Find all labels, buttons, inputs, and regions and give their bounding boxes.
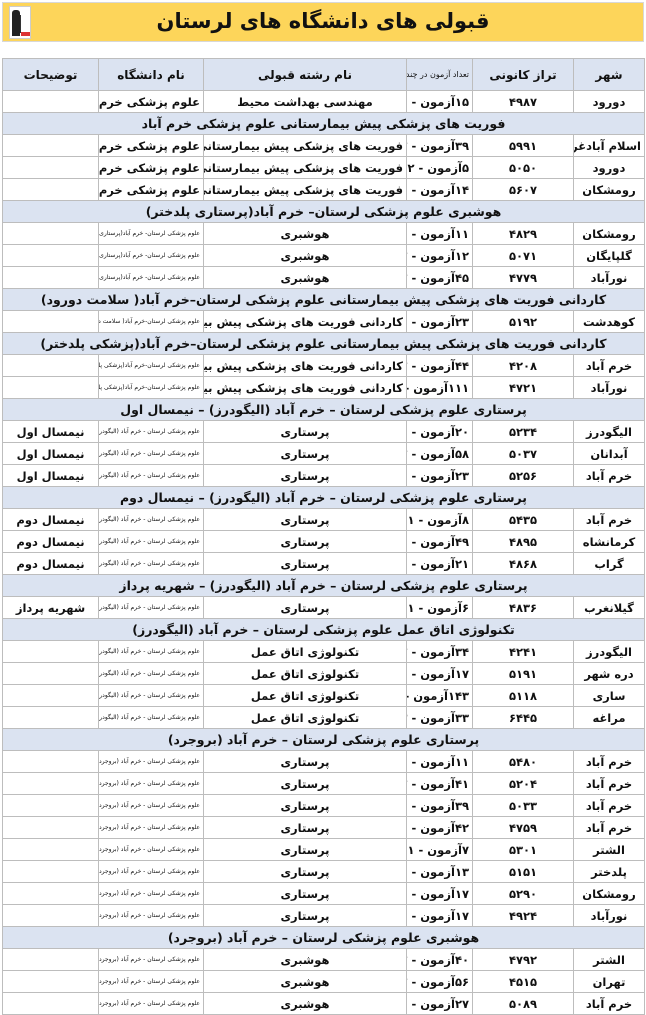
table-row: رومشکان۵۶۰۷۱۴آزمون - ۱ سالفوریت های پزشک… bbox=[3, 179, 645, 201]
table-row: پلدختر۵۱۵۱۱۳آزمون - ۱ سالپرستاریعلوم پزش… bbox=[3, 861, 645, 883]
score-cell: ۵۰۵۰ bbox=[473, 157, 574, 179]
major-cell: پرستاری bbox=[204, 509, 407, 531]
exams-cell: ۱۱۱آزمون - ۳ سال bbox=[407, 377, 473, 399]
header-major: نام رشته قبولی bbox=[204, 59, 407, 91]
table-row: خرم آباد۵۴۳۵۸آزمون - ۱ سالپرستاریعلوم پز… bbox=[3, 509, 645, 531]
exams-cell: ۲۱آزمون - ۱ سال bbox=[407, 553, 473, 575]
score-cell: ۴۲۴۱ bbox=[473, 641, 574, 663]
city-cell: رومشکان bbox=[574, 179, 645, 201]
city-cell: الشتر bbox=[574, 949, 645, 971]
notes-cell bbox=[3, 817, 99, 839]
major-cell: تکنولوژی اتاق عمل bbox=[204, 707, 407, 729]
notes-cell: شهریه پرداز bbox=[3, 597, 99, 619]
table-row: رومشکان۴۸۲۹۱۱آزمون - ۱ سالهوشبریعلوم پزش… bbox=[3, 223, 645, 245]
university-cell: علوم پزشکی لرستان-خرم آباد( سلامت دورود) bbox=[99, 311, 204, 333]
major-cell: هوشبری bbox=[204, 971, 407, 993]
notes-cell bbox=[3, 355, 99, 377]
major-cell: هوشبری bbox=[204, 245, 407, 267]
notes-cell bbox=[3, 245, 99, 267]
university-cell: علوم پزشکی خرم آباد bbox=[99, 179, 204, 201]
notes-cell bbox=[3, 311, 99, 333]
header-score: تراز کانونی bbox=[473, 59, 574, 91]
table-row: دورود۵۰۵۰۵آزمون - ۲ سالفوریت های پزشکی پ… bbox=[3, 157, 645, 179]
city-cell: خرم آباد bbox=[574, 509, 645, 531]
score-cell: ۶۴۴۵ bbox=[473, 707, 574, 729]
city-cell: الیگودرز bbox=[574, 641, 645, 663]
section-title: هوشبری علوم پزشکی لرستان– خرم آباد(پرستا… bbox=[3, 201, 645, 223]
score-cell: ۵۰۳۳ bbox=[473, 795, 574, 817]
exams-cell: ۱۵آزمون - ۱ سال bbox=[407, 91, 473, 113]
table-row: خرم آباد۵۲۰۴۴۱آزمون - ۲ سالپرستاریعلوم پ… bbox=[3, 773, 645, 795]
score-cell: ۵۰۷۱ bbox=[473, 245, 574, 267]
major-cell: پرستاری bbox=[204, 861, 407, 883]
exams-cell: ۱۳آزمون - ۱ سال bbox=[407, 861, 473, 883]
header-notes: توضیحات bbox=[3, 59, 99, 91]
header-city: شهر bbox=[574, 59, 645, 91]
major-cell: هوشبری bbox=[204, 223, 407, 245]
exams-cell: ۱۷آزمون - ۱ سال bbox=[407, 905, 473, 927]
table-row: کرمانشاه۴۸۹۵۴۹آزمون - ۱ سالپرستاریعلوم پ… bbox=[3, 531, 645, 553]
major-cell: کاردانی فوریت های پزشکی پیش بیمارستانی bbox=[204, 311, 407, 333]
major-cell: پرستاری bbox=[204, 883, 407, 905]
notes-cell bbox=[3, 861, 99, 883]
section-title: هوشبری علوم پزشکی لرستان – خرم آباد (برو… bbox=[3, 927, 645, 949]
section-header-row: پرستاری علوم پزشکی لرستان – خرم آباد (ال… bbox=[3, 575, 645, 597]
score-cell: ۴۲۰۸ bbox=[473, 355, 574, 377]
city-cell: دره شهر bbox=[574, 663, 645, 685]
notes-cell: نیمسال دوم bbox=[3, 531, 99, 553]
table-row: کوهدشت۵۱۹۲۲۳آزمون - ۱ سالکاردانی فوریت ه… bbox=[3, 311, 645, 333]
notes-cell bbox=[3, 773, 99, 795]
exams-cell: ۴۰آزمون - ۲ سال bbox=[407, 949, 473, 971]
major-cell: فوریت های پزشکی پیش بیمارستانی bbox=[204, 157, 407, 179]
city-cell: گلپایگان bbox=[574, 245, 645, 267]
table-row: الشتر۴۷۹۲۴۰آزمون - ۲ سالهوشبریعلوم پزشکی… bbox=[3, 949, 645, 971]
university-cell: علوم پزشکی لرستان-خرم آباد(پزشکی پلدختر) bbox=[99, 355, 204, 377]
section-header-row: فوریت های پزشکی پیش بیمارستانی علوم پزشک… bbox=[3, 113, 645, 135]
table-header-row: شهر تراز کانونی تعداد آزمون در چند سال ن… bbox=[3, 59, 645, 91]
score-cell: ۵۴۳۵ bbox=[473, 509, 574, 531]
major-cell: پرستاری bbox=[204, 905, 407, 927]
exams-cell: ۷آزمون - ۱ سال bbox=[407, 839, 473, 861]
university-cell: علوم پزشکی لرستان - خرم آباد (بروجرد) bbox=[99, 949, 204, 971]
score-cell: ۴۸۹۵ bbox=[473, 531, 574, 553]
university-cell: علوم پزشکی لرستان - خرم آباد (بروجرد) bbox=[99, 993, 204, 999]
city-cell: خرم آباد bbox=[574, 993, 645, 999]
table-row: نورآباد۴۷۷۹۴۵آزمون - ۲ سالهوشبریعلوم پزش… bbox=[3, 267, 645, 289]
score-cell: ۵۳۰۱ bbox=[473, 839, 574, 861]
city-cell: ساری bbox=[574, 685, 645, 707]
exams-cell: ۴۲آزمون - ۴ سال bbox=[407, 817, 473, 839]
notes-cell bbox=[3, 157, 99, 179]
notes-cell bbox=[3, 707, 99, 729]
major-cell: پرستاری bbox=[204, 839, 407, 861]
notes-cell: نیمسال دوم bbox=[3, 553, 99, 575]
exams-cell: ۴۹آزمون - ۱ سال bbox=[407, 531, 473, 553]
city-cell: دورود bbox=[574, 157, 645, 179]
city-cell: پلدختر bbox=[574, 861, 645, 883]
major-cell: هوشبری bbox=[204, 949, 407, 971]
notes-cell: نیمسال دوم bbox=[3, 509, 99, 531]
university-cell: علوم پزشکی لرستان - خرم آباد (بروجرد) bbox=[99, 839, 204, 861]
city-cell: مراغه bbox=[574, 707, 645, 729]
score-cell: ۵۱۵۱ bbox=[473, 861, 574, 883]
university-cell: علوم پزشکی لرستان - خرم آباد (بروجرد) bbox=[99, 905, 204, 927]
exams-cell: ۳۹آزمون - ۱ سال bbox=[407, 795, 473, 817]
city-cell: خرم آباد bbox=[574, 355, 645, 377]
major-cell: فوریت های پزشکی پیش بیمارستانی bbox=[204, 135, 407, 157]
score-cell: ۴۷۲۱ bbox=[473, 377, 574, 399]
score-cell: ۴۹۲۴ bbox=[473, 905, 574, 927]
city-cell: تهران bbox=[574, 971, 645, 993]
major-cell: پرستاری bbox=[204, 465, 407, 487]
section-title: فوریت های پزشکی پیش بیمارستانی علوم پزشک… bbox=[3, 113, 645, 135]
table-row: تهران۴۵۱۵۵۶آزمون - ۲ سالهوشبریعلوم پزشکی… bbox=[3, 971, 645, 993]
table-row: الیگودرز۵۲۳۴۲۰آزمون - ۱ سالپرستاریعلوم پ… bbox=[3, 421, 645, 443]
city-cell: نورآباد bbox=[574, 905, 645, 927]
university-cell: علوم پزشکی لرستان - خرم آباد (الیگودرز) bbox=[99, 707, 204, 729]
notes-cell bbox=[3, 663, 99, 685]
notes-cell bbox=[3, 91, 99, 113]
table-row: خرم آباد۵۰۸۹۲۷آزمون - ۱ سالهوشبریعلوم پز… bbox=[3, 993, 645, 999]
city-cell: آبدانان bbox=[574, 443, 645, 465]
score-cell: ۴۸۳۶ bbox=[473, 597, 574, 619]
major-cell: هوشبری bbox=[204, 993, 407, 999]
table-row: مراغه۶۴۴۵۳۳آزمون - ۳ سالتکنولوژی اتاق عم… bbox=[3, 707, 645, 729]
section-header-row: پرستاری علوم پزشکی لرستان – خرم آباد (ال… bbox=[3, 487, 645, 509]
table-row: خرم آباد۵۴۸۰۱۱آزمون - ۱ سالپرستاریعلوم پ… bbox=[3, 751, 645, 773]
city-cell: خرم آباد bbox=[574, 751, 645, 773]
university-cell: علوم پزشکی لرستان-خرم آباد(پزشکی پلدختر) bbox=[99, 377, 204, 399]
table-row: خرم آباد۴۲۰۸۴۴آزمون - ۲ سالکاردانی فوریت… bbox=[3, 355, 645, 377]
university-cell: علوم پزشکی لرستان - خرم آباد (بروجرد) bbox=[99, 795, 204, 817]
major-cell: پرستاری bbox=[204, 553, 407, 575]
exams-cell: ۱۲آزمون - ۲ سال bbox=[407, 245, 473, 267]
exams-cell: ۵۸آزمون - ۲ سال bbox=[407, 443, 473, 465]
score-cell: ۵۲۵۶ bbox=[473, 465, 574, 487]
notes-cell bbox=[3, 751, 99, 773]
city-cell: نورآباد bbox=[574, 377, 645, 399]
table-row: اسلام آبادغرب۵۹۹۱۳۹آزمون - ۲ سالفوریت ها… bbox=[3, 135, 645, 157]
university-cell: علوم پزشکی لرستان - خرم آباد (الیگودرز) bbox=[99, 553, 204, 575]
city-cell: کوهدشت bbox=[574, 311, 645, 333]
table-row: خرم آباد۵۲۵۶۲۳آزمون - ۱ سالپرستاریعلوم پ… bbox=[3, 465, 645, 487]
city-cell: گراب bbox=[574, 553, 645, 575]
notes-cell: نیمسال اول bbox=[3, 465, 99, 487]
city-cell: اسلام آبادغرب bbox=[574, 135, 645, 157]
university-cell: علوم پزشکی لرستان - خرم آباد (بروجرد) bbox=[99, 751, 204, 773]
exams-cell: ۲۰آزمون - ۱ سال bbox=[407, 421, 473, 443]
section-header-row: کاردانی فوریت های پزشکی پیش بیمارستانی ع… bbox=[3, 289, 645, 311]
university-cell: علوم پزشکی لرستان - خرم آباد (بروجرد) bbox=[99, 971, 204, 993]
notes-cell bbox=[3, 993, 99, 999]
score-cell: ۵۲۳۴ bbox=[473, 421, 574, 443]
major-cell: پرستاری bbox=[204, 421, 407, 443]
university-cell: علوم پزشکی لرستان - خرم آباد (الیگودرز) bbox=[99, 421, 204, 443]
score-cell: ۴۵۱۵ bbox=[473, 971, 574, 993]
notes-cell bbox=[3, 179, 99, 201]
city-cell: خرم آباد bbox=[574, 795, 645, 817]
exams-cell: ۴۱آزمون - ۲ سال bbox=[407, 773, 473, 795]
city-cell: گیلانغرب bbox=[574, 597, 645, 619]
score-cell: ۵۲۹۰ bbox=[473, 883, 574, 905]
score-cell: ۵۶۰۷ bbox=[473, 179, 574, 201]
university-cell: علوم پزشکی لرستان- خرم آباد(پرستاری پلدخ… bbox=[99, 223, 204, 245]
table-row: خرم آباد۵۰۳۳۳۹آزمون - ۱ سالپرستاریعلوم پ… bbox=[3, 795, 645, 817]
table-row: خرم آباد۴۷۵۹۴۲آزمون - ۴ سالپرستاریعلوم پ… bbox=[3, 817, 645, 839]
table-row: رومشکان۵۲۹۰۱۷آزمون - ۱ سالپرستاریعلوم پز… bbox=[3, 883, 645, 905]
university-cell: علوم پزشکی لرستان - خرم آباد (الیگودرز) bbox=[99, 531, 204, 553]
university-cell: علوم پزشکی لرستان - خرم آباد (الیگودرز) bbox=[99, 663, 204, 685]
university-cell: علوم پزشکی خرم آباد bbox=[99, 135, 204, 157]
major-cell: پرستاری bbox=[204, 597, 407, 619]
section-header-row: کاردانی فوریت های پزشکی پیش بیمارستانی ع… bbox=[3, 333, 645, 355]
major-cell: پرستاری bbox=[204, 751, 407, 773]
university-cell: علوم پزشکی لرستان - خرم آباد (بروجرد) bbox=[99, 883, 204, 905]
exams-cell: ۱۷آزمون - ۱ سال bbox=[407, 663, 473, 685]
section-title: پرستاری علوم پزشکی لرستان – خرم آباد (ال… bbox=[3, 575, 645, 597]
score-cell: ۵۱۱۸ bbox=[473, 685, 574, 707]
page-title: قبولی های دانشگاه های لرستان bbox=[3, 9, 643, 33]
section-header-row: هوشبری علوم پزشکی لرستان– خرم آباد(پرستا… bbox=[3, 201, 645, 223]
exams-cell: ۱۴۳آزمون - ۸ سال bbox=[407, 685, 473, 707]
exams-cell: ۱۱آزمون - ۱ سال bbox=[407, 223, 473, 245]
major-cell: تکنولوژی اتاق عمل bbox=[204, 685, 407, 707]
section-header-row: هوشبری علوم پزشکی لرستان – خرم آباد (برو… bbox=[3, 927, 645, 949]
university-cell: علوم پزشکی لرستان - خرم آباد (الیگودرز) bbox=[99, 641, 204, 663]
section-title: کاردانی فوریت های پزشکی پیش بیمارستانی ع… bbox=[3, 333, 645, 355]
header-university: نام دانشگاه bbox=[99, 59, 204, 91]
score-cell: ۵۱۹۱ bbox=[473, 663, 574, 685]
score-cell: ۵۰۳۷ bbox=[473, 443, 574, 465]
major-cell: پرستاری bbox=[204, 443, 407, 465]
city-cell: رومشکان bbox=[574, 883, 645, 905]
exams-cell: ۳۴آزمون - ۲ سال bbox=[407, 641, 473, 663]
section-title: پرستاری علوم پزشکی لرستان – خرم آباد (ال… bbox=[3, 399, 645, 421]
notes-cell bbox=[3, 949, 99, 971]
exams-cell: ۱۱آزمون - ۱ سال bbox=[407, 751, 473, 773]
university-cell: علوم پزشکی لرستان - خرم آباد (الیگودرز) bbox=[99, 685, 204, 707]
major-cell: پرستاری bbox=[204, 773, 407, 795]
notes-cell: نیمسال اول bbox=[3, 421, 99, 443]
score-cell: ۴۷۷۹ bbox=[473, 267, 574, 289]
major-cell: مهندسی بهداشت محیط bbox=[204, 91, 407, 113]
university-cell: علوم پزشکی لرستان - خرم آباد (الیگودرز) bbox=[99, 597, 204, 619]
major-cell: فوریت های پزشکی پیش بیمارستانی bbox=[204, 179, 407, 201]
city-cell: الیگودرز bbox=[574, 421, 645, 443]
exams-cell: ۵آزمون - ۲ سال bbox=[407, 157, 473, 179]
notes-cell bbox=[3, 135, 99, 157]
score-cell: ۵۹۹۱ bbox=[473, 135, 574, 157]
university-cell: علوم پزشکی خرم آباد bbox=[99, 157, 204, 179]
major-cell: پرستاری bbox=[204, 531, 407, 553]
exams-cell: ۱۴آزمون - ۱ سال bbox=[407, 179, 473, 201]
table-body: دورود۴۹۸۷۱۵آزمون - ۱ سالمهندسی بهداشت مح… bbox=[3, 91, 645, 999]
score-cell: ۵۲۰۴ bbox=[473, 773, 574, 795]
city-cell: خرم آباد bbox=[574, 773, 645, 795]
university-cell: علوم پزشکی لرستان- خرم آباد(پرستاری پلدخ… bbox=[99, 267, 204, 289]
score-cell: ۵۱۹۲ bbox=[473, 311, 574, 333]
notes-cell bbox=[3, 839, 99, 861]
table-row: دره شهر۵۱۹۱۱۷آزمون - ۱ سالتکنولوژی اتاق … bbox=[3, 663, 645, 685]
exams-cell: ۲۳آزمون - ۱ سال bbox=[407, 311, 473, 333]
section-title: پرستاری علوم پزشکی لرستان – خرم آباد (بر… bbox=[3, 729, 645, 751]
university-cell: علوم پزشکی لرستان - خرم آباد (الیگودرز) bbox=[99, 465, 204, 487]
header-exams: تعداد آزمون در چند سال bbox=[407, 59, 473, 91]
notes-cell bbox=[3, 223, 99, 245]
table-row: گیلانغرب۴۸۳۶۶آزمون - ۱ سالپرستاریعلوم پز… bbox=[3, 597, 645, 619]
exams-cell: ۲۳آزمون - ۱ سال bbox=[407, 465, 473, 487]
city-cell: خرم آباد bbox=[574, 817, 645, 839]
major-cell: پرستاری bbox=[204, 817, 407, 839]
exams-cell: ۲۷آزمون - ۱ سال bbox=[407, 993, 473, 999]
score-cell: ۴۷۵۹ bbox=[473, 817, 574, 839]
major-cell: تکنولوژی اتاق عمل bbox=[204, 663, 407, 685]
section-title: پرستاری علوم پزشکی لرستان – خرم آباد (ال… bbox=[3, 487, 645, 509]
section-title: کاردانی فوریت های پزشکی پیش بیمارستانی ع… bbox=[3, 289, 645, 311]
city-cell: دورود bbox=[574, 91, 645, 113]
notes-cell bbox=[3, 267, 99, 289]
score-cell: ۵۴۸۰ bbox=[473, 751, 574, 773]
notes-cell bbox=[3, 685, 99, 707]
table-row: الیگودرز۴۲۴۱۳۴آزمون - ۲ سالتکنولوژی اتاق… bbox=[3, 641, 645, 663]
section-title: تکنولوژی اتاق عمل علوم پزشکی لرستان – خر… bbox=[3, 619, 645, 641]
table-row: گلپایگان۵۰۷۱۱۲آزمون - ۲ سالهوشبریعلوم پز… bbox=[3, 245, 645, 267]
major-cell: کاردانی فوریت های پزشکی پیش بیمارستانی bbox=[204, 377, 407, 399]
major-cell: پرستاری bbox=[204, 795, 407, 817]
exams-cell: ۳۹آزمون - ۲ سال bbox=[407, 135, 473, 157]
notes-cell bbox=[3, 377, 99, 399]
notes-cell bbox=[3, 795, 99, 817]
major-cell: تکنولوژی اتاق عمل bbox=[204, 641, 407, 663]
notes-cell: نیمسال اول bbox=[3, 443, 99, 465]
university-cell: علوم پزشکی لرستان - خرم آباد (الیگودرز) bbox=[99, 509, 204, 531]
notes-cell bbox=[3, 641, 99, 663]
university-cell: علوم پزشکی لرستان - خرم آباد (بروجرد) bbox=[99, 817, 204, 839]
exams-cell: ۵۶آزمون - ۲ سال bbox=[407, 971, 473, 993]
table-row: دورود۴۹۸۷۱۵آزمون - ۱ سالمهندسی بهداشت مح… bbox=[3, 91, 645, 113]
table-row: الشتر۵۳۰۱۷آزمون - ۱ سالپرستاریعلوم پزشکی… bbox=[3, 839, 645, 861]
table-row: ساری۵۱۱۸۱۴۳آزمون - ۸ سالتکنولوژی اتاق عم… bbox=[3, 685, 645, 707]
score-cell: ۴۷۹۲ bbox=[473, 949, 574, 971]
score-cell: ۴۸۲۹ bbox=[473, 223, 574, 245]
notes-cell bbox=[3, 971, 99, 993]
exams-cell: ۴۵آزمون - ۲ سال bbox=[407, 267, 473, 289]
city-cell: نورآباد bbox=[574, 267, 645, 289]
university-cell: علوم پزشکی لرستان - خرم آباد (الیگودرز) bbox=[99, 443, 204, 465]
section-header-row: تکنولوژی اتاق عمل علوم پزشکی لرستان – خر… bbox=[3, 619, 645, 641]
exams-cell: ۳۳آزمون - ۳ سال bbox=[407, 707, 473, 729]
city-cell: خرم آباد bbox=[574, 465, 645, 487]
university-cell: علوم پزشکی لرستان - خرم آباد (بروجرد) bbox=[99, 861, 204, 883]
exams-cell: ۶آزمون - ۱ سال bbox=[407, 597, 473, 619]
table-row: آبدانان۵۰۳۷۵۸آزمون - ۲ سالپرستاریعلوم پز… bbox=[3, 443, 645, 465]
city-cell: کرمانشاه bbox=[574, 531, 645, 553]
university-cell: علوم پزشکی خرم آباد bbox=[99, 91, 204, 113]
table-row: نورآباد۴۹۲۴۱۷آزمون - ۱ سالپرستاریعلوم پز… bbox=[3, 905, 645, 927]
score-cell: ۵۰۸۹ bbox=[473, 993, 574, 999]
exams-cell: ۴۴آزمون - ۲ سال bbox=[407, 355, 473, 377]
admissions-table: شهر تراز کانونی تعداد آزمون در چند سال ن… bbox=[2, 58, 645, 998]
exams-cell: ۸آزمون - ۱ سال bbox=[407, 509, 473, 531]
city-cell: الشتر bbox=[574, 839, 645, 861]
major-cell: هوشبری bbox=[204, 267, 407, 289]
university-cell: علوم پزشکی لرستان - خرم آباد (بروجرد) bbox=[99, 773, 204, 795]
table-row: نورآباد۴۷۲۱۱۱۱آزمون - ۳ سالکاردانی فوریت… bbox=[3, 377, 645, 399]
score-cell: ۴۸۶۸ bbox=[473, 553, 574, 575]
city-cell: رومشکان bbox=[574, 223, 645, 245]
table-row: گراب۴۸۶۸۲۱آزمون - ۱ سالپرستاریعلوم پزشکی… bbox=[3, 553, 645, 575]
notes-cell bbox=[3, 883, 99, 905]
university-cell: علوم پزشکی لرستان- خرم آباد(پرستاری پلدخ… bbox=[99, 245, 204, 267]
notes-cell bbox=[3, 905, 99, 927]
section-header-row: پرستاری علوم پزشکی لرستان – خرم آباد (بر… bbox=[3, 729, 645, 751]
score-cell: ۴۹۸۷ bbox=[473, 91, 574, 113]
exams-cell: ۱۷آزمون - ۱ سال bbox=[407, 883, 473, 905]
title-banner: قبولی های دانشگاه های لرستان bbox=[2, 2, 644, 42]
major-cell: کاردانی فوریت های پزشکی پیش بیمارستانی bbox=[204, 355, 407, 377]
section-header-row: پرستاری علوم پزشکی لرستان – خرم آباد (ال… bbox=[3, 399, 645, 421]
